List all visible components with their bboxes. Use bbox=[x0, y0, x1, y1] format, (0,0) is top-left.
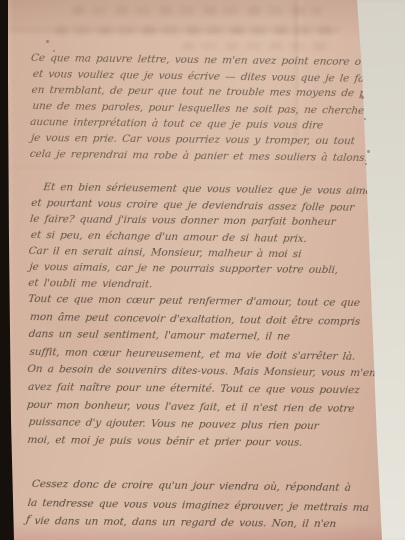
handwritten-line: moi, et moi je puis vous bénir et prier … bbox=[27, 432, 364, 453]
letter-text: Ce que ma pauvre lettre, vous ne m'en av… bbox=[24, 0, 367, 540]
letter-paragraph: Ce que ma pauvre lettre, vous ne m'en av… bbox=[29, 50, 366, 166]
letter-paragraph: Et en bien sérieusement que vous vouliez… bbox=[27, 179, 364, 295]
handwritten-line: cela je reprendrai ma robe à panier et m… bbox=[29, 146, 367, 166]
letter-paragraph: Cessez donc de croire qu'un jour viendra… bbox=[25, 475, 362, 535]
torn-edge-speck bbox=[367, 150, 370, 153]
handwritten-line: vie dans un mot, dans un regard de vous.… bbox=[26, 512, 363, 534]
torn-edge-speck bbox=[365, 163, 367, 165]
letter-paragraph: Tout ce que mon cœur peut renfermer d'am… bbox=[26, 291, 364, 453]
torn-edge-speck bbox=[364, 118, 366, 120]
torn-edge-speck bbox=[361, 96, 364, 99]
letter-photograph: Ce que ma pauvre lettre, vous ne m'en av… bbox=[0, 0, 405, 540]
letter-paper: Ce que ma pauvre lettre, vous ne m'en av… bbox=[0, 0, 405, 540]
